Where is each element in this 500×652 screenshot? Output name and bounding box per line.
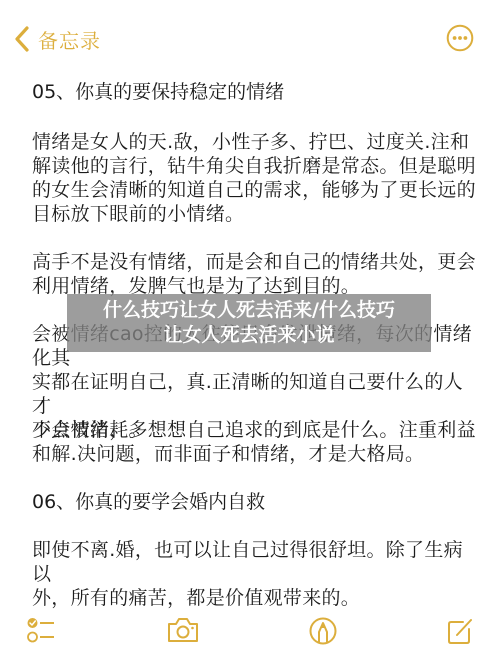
compose-icon (446, 616, 476, 646)
text-line: 高手不是没有情绪，而是会和自己的情绪共处，更会 (32, 250, 478, 274)
paragraph-1: 情绪是女人的天.敌，小性子多、拧巴、过度关.注和 解读他的言行，钻牛角尖自我折磨… (32, 130, 478, 226)
overlay-line-1: 什么技巧让女人死去活来/什么技巧 (67, 298, 431, 323)
paragraph-2: 高手不是没有情绪，而是会和自己的情绪共处，更会 利用情绪，发脾气也是为了达到目的… (32, 250, 478, 298)
checklist-icon (26, 616, 58, 644)
text-line: 即使不离.婚，也可以让自己过得很舒坦。除了生病以 (32, 538, 478, 586)
text-line: 少点情绪，多想想自己追求的到底是什么。注重利益 (32, 418, 478, 442)
text-line: 实都在证明自己，真.正清晰的知道自己要什么的人才 (32, 370, 478, 418)
text-line: 目标放下眼前的小情绪。 (32, 202, 478, 226)
chevron-left-icon (14, 26, 30, 52)
pen-circle-icon (308, 616, 338, 646)
ellipsis-circle-icon (446, 37, 474, 56)
paragraph-5: 即使不离.婚，也可以让自己过得很舒坦。除了生病以 外，所有的痛苦，都是价值观带来… (32, 538, 478, 610)
section-title-05: 05、你真的要保持稳定的情绪 (32, 80, 478, 104)
section-title-06: 06、你真的要学会婚内自救 (32, 490, 478, 514)
checklist-button[interactable] (26, 616, 58, 644)
text-line: 的女生会清晰的知道自己的需求，能够为了更长远的 (32, 178, 478, 202)
watermark-overlay: 什么技巧让女人死去活来/什么技巧 让女人死去活来小说 (67, 294, 431, 352)
text-line: 解读他的言行，钻牛角尖自我折磨是常态。但是聪明 (32, 154, 478, 178)
camera-icon (166, 616, 200, 644)
compose-button[interactable] (446, 616, 476, 646)
markup-button[interactable] (308, 616, 338, 646)
text-line: 和解.决问题，而非面子和情绪，才是大格局。 (32, 442, 478, 466)
text-line: 情绪是女人的天.敌，小性子多、拧巴、过度关.注和 (32, 130, 478, 154)
navigation-bar: 备忘录 (0, 0, 500, 70)
camera-button[interactable] (166, 616, 200, 644)
back-button[interactable]: 备忘录 (14, 24, 101, 54)
paragraph-4: 少点情绪，多想想自己追求的到底是什么。注重利益 和解.决问题，而非面子和情绪，才… (32, 418, 478, 466)
back-label: 备忘录 (38, 25, 101, 54)
more-button[interactable] (446, 24, 474, 52)
bottom-toolbar (0, 604, 500, 652)
overlay-line-2: 让女人死去活来小说 (67, 323, 431, 348)
